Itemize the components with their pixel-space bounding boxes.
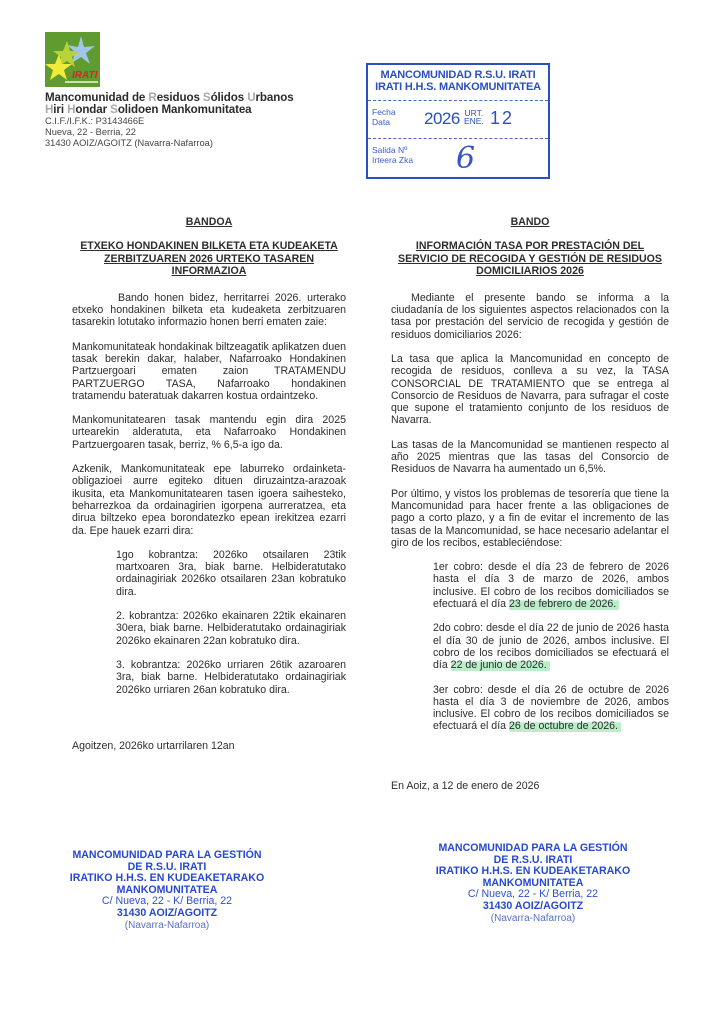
- bando-intro: Mediante el presente bando se informa a …: [391, 292, 669, 341]
- stars-logo-icon: IRATI: [45, 32, 100, 87]
- month-es: ENE.: [464, 117, 484, 125]
- name-segment: rbanos: [256, 91, 294, 104]
- stamp-line-2: IRATI H.H.S. MANKOMUNITATEA: [368, 81, 548, 93]
- stamp-date-label: Fecha Data: [372, 107, 396, 127]
- bando-place-date: En Aoiz, a 12 de enero de 2026: [391, 780, 669, 792]
- letterhead: Mancomunidad de Residuos Sólidos Urbanos…: [45, 92, 345, 149]
- bando-paragraph: Las tasas de la Mancomunidad se mantiene…: [391, 439, 669, 476]
- bandoa-paragraph: Mankomunitatearen tasak mantendu egin di…: [72, 414, 346, 451]
- name-segment: iri: [53, 103, 67, 116]
- svg-text:IRATI: IRATI: [72, 70, 98, 81]
- stamp-date-row: Fecha Data 2026 URT. ENE. 12: [368, 101, 548, 139]
- date-label-es: Fecha: [372, 107, 396, 117]
- stamp-month: URT. ENE.: [464, 109, 484, 125]
- registry-stamp: MANCOMUNIDAD R.S.U. IRATI IRATI H.H.S. M…: [366, 63, 550, 179]
- date-label-eu: Data: [372, 117, 396, 127]
- bandoa-column-eu: BANDOA ETXEKO HONDAKINEN BILKETA ETA KUD…: [72, 216, 346, 752]
- bandoa-paragraph: Azkenik, Mankomunitateak epe laburreko o…: [72, 463, 346, 537]
- cobro-item: 1er cobro: desde el día 23 de febrero de…: [433, 561, 669, 610]
- bandoa-place-date: Agoitzen, 2026ko urtarrilaren 12an: [72, 740, 346, 752]
- highlighted-date: 22 de junio de 2026.: [451, 659, 550, 671]
- bando-paragraph: Por último, y vistos los problemas de te…: [391, 488, 669, 549]
- bandoa-intro: Bando honen bidez, herritarrei 2026. urt…: [72, 292, 346, 329]
- stamp-number-row: Salida Nº Irteera Zka 6: [368, 139, 548, 177]
- stamp-handwritten-number: 6: [456, 141, 475, 176]
- name-segment: ondar: [75, 103, 110, 116]
- kobrantza-item: 2. kobrantza: 2026ko ekainaren 22tik eka…: [116, 610, 346, 647]
- number-label-eu: Irteera Zka: [372, 155, 413, 165]
- highlighted-date: 26 de octubre de 2026.: [509, 720, 621, 732]
- bandoa-title: BANDOA: [72, 216, 346, 228]
- irati-logo: IRATI: [45, 32, 100, 87]
- signature-stamp-left: MANCOMUNIDAD PARA LA GESTIÓN DE R.S.U. I…: [62, 850, 272, 931]
- bandoa-paragraph: Mankomunitateak hondakinak biltzeagatik …: [72, 341, 346, 402]
- initial-letter: S: [110, 103, 118, 116]
- bando-title: BANDO: [391, 216, 669, 228]
- signature-stamp-right: MANCOMUNIDAD PARA LA GESTIÓN DE R.S.U. I…: [428, 843, 638, 924]
- kobrantza-item: 3. kobrantza: 2026ko urriaren 26tik azar…: [116, 659, 346, 696]
- cobro-item: 3er cobro: desde el día 26 de octubre de…: [433, 684, 669, 733]
- sig-line-7: (Navarra-Nafarroa): [62, 920, 272, 932]
- bando-column-es: BANDO INFORMACIÓN TASA POR PRESTACIÓN DE…: [391, 216, 669, 792]
- highlighted-date: 23 de febrero de 2026.: [509, 598, 619, 610]
- sig-line-6: 31430 AOIZ/AGOITZ: [62, 908, 272, 920]
- stamp-number-label: Salida Nº Irteera Zka: [372, 145, 413, 165]
- org-city: 31430 AOIZ/AGOITZ (Navarra-Nafarroa): [45, 138, 345, 149]
- kobrantza-item: 1go kobrantza: 2026ko otsailaren 23tik m…: [116, 549, 346, 598]
- org-cif: C.I.F./I.F.K.: P3143466E: [45, 116, 345, 127]
- name-segment: olidoen Mankomunitatea: [118, 103, 252, 116]
- number-label-es: Salida Nº: [372, 145, 413, 155]
- stamp-line-1: MANCOMUNIDAD R.S.U. IRATI: [368, 69, 548, 81]
- bando-paragraph: La tasa que aplica la Mancomunidad en co…: [391, 353, 669, 427]
- stamp-header: MANCOMUNIDAD R.S.U. IRATI IRATI H.H.S. M…: [368, 65, 548, 101]
- bandoa-subtitle: ETXEKO HONDAKINEN BILKETA ETA KUDEAKETA …: [72, 240, 346, 278]
- sig-line-1: MANCOMUNIDAD PARA LA GESTIÓN: [428, 843, 638, 855]
- sig-line-6: 31430 AOIZ/AGOITZ: [428, 901, 638, 913]
- sig-line-7: (Navarra-Nafarroa): [428, 913, 638, 925]
- cobro-item: 2do cobro: desde el día 22 de junio de 2…: [433, 622, 669, 671]
- sig-line-1: MANCOMUNIDAD PARA LA GESTIÓN: [62, 850, 272, 862]
- stamp-day: 12: [490, 108, 514, 129]
- org-address: Nueva, 22 - Berria, 22: [45, 127, 345, 138]
- stamp-year: 2026: [424, 109, 460, 129]
- org-name-eu: Hiri Hondar Solidoen Mankomunitatea: [45, 104, 345, 116]
- bando-subtitle: INFORMACIÓN TASA POR PRESTACIÓN DEL SERV…: [391, 240, 669, 278]
